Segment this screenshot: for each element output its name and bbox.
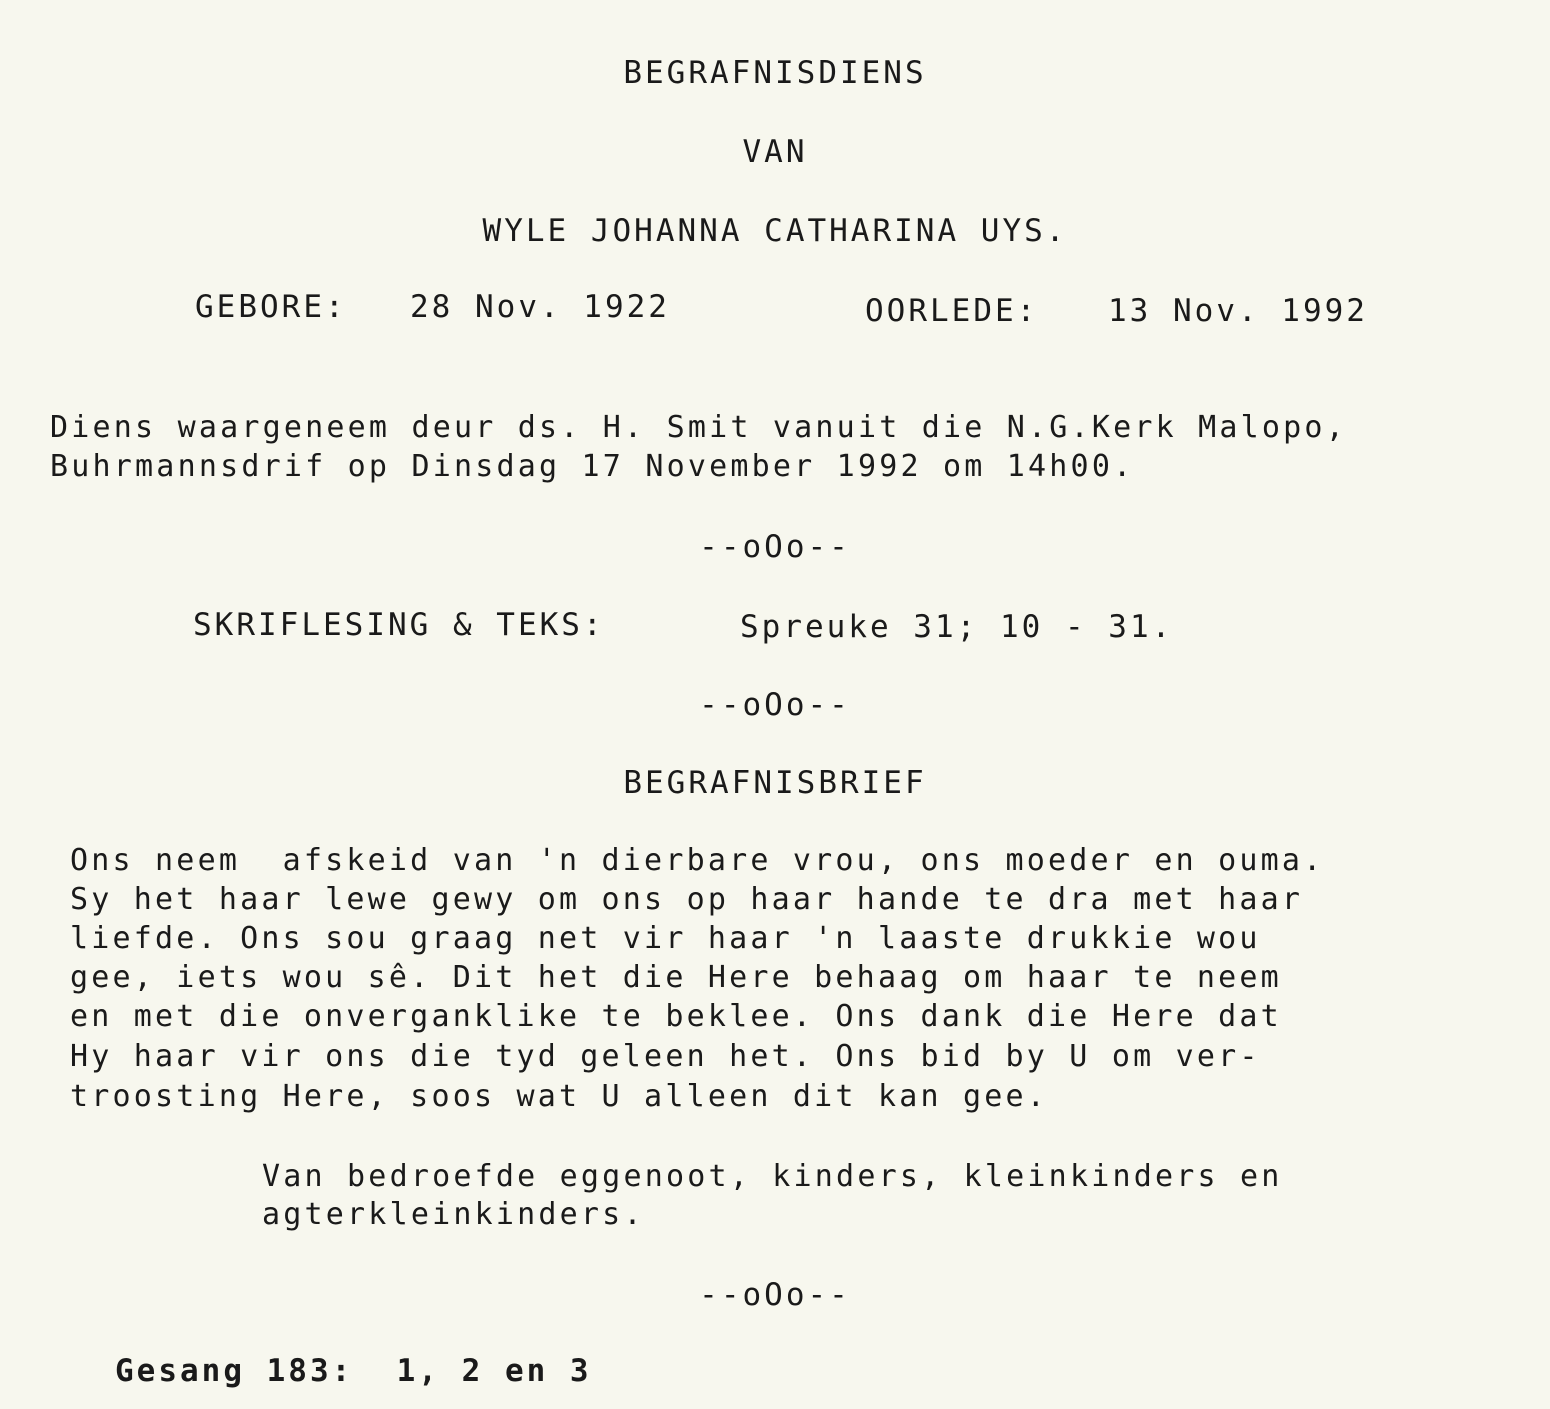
service-line: Diens waargeneem deur ds. H. Smit vanuit…	[50, 413, 1347, 443]
letter-line: Ons neem afskeid van 'n dierbare vrou, o…	[70, 846, 1324, 876]
service-line: Buhrmannsdrif op Dinsdag 17 November 199…	[50, 452, 1134, 482]
scripture-reference: Spreuke 31; 10 - 31.	[740, 612, 1173, 643]
died-label: OORLEDE:	[865, 296, 1038, 327]
separator: --oOo--	[0, 690, 1550, 721]
signature-line: Van bedroefde eggenoot, kinders, kleinki…	[262, 1162, 1283, 1192]
document-title: BEGRAFNISDIENS	[0, 58, 1550, 89]
scripture-label: SKRIFLESING & TEKS:	[193, 610, 605, 641]
letter-line: gee, iets wou sê. Dit het die Here behaa…	[70, 963, 1282, 993]
deceased-name: WYLE JOHANNA CATHARINA UYS.	[0, 216, 1550, 247]
born-date: 28 Nov. 1922	[410, 292, 670, 323]
separator: --oOo--	[0, 532, 1550, 563]
signature-line: agterkleinkinders.	[262, 1200, 645, 1230]
letter-heading: BEGRAFNISBRIEF	[0, 768, 1550, 799]
died-date: 13 Nov. 1992	[1108, 296, 1368, 327]
letter-line: en met die onverganklike te beklee. Ons …	[70, 1002, 1282, 1032]
born-label: GEBORE:	[195, 292, 347, 323]
hymn: Gesang 183: 1, 2 en 3	[115, 1356, 592, 1387]
letter-line: troosting Here, soos wat U alleen dit ka…	[70, 1082, 1048, 1112]
separator: --oOo--	[0, 1280, 1550, 1311]
letter-line: Hy haar vir ons die tyd geleen het. Ons …	[70, 1042, 1261, 1072]
letter-line: Sy het haar lewe gewy om ons op haar han…	[70, 885, 1303, 915]
title-of: VAN	[0, 137, 1550, 168]
letter-line: liefde. Ons sou graag net vir haar 'n la…	[70, 924, 1261, 954]
